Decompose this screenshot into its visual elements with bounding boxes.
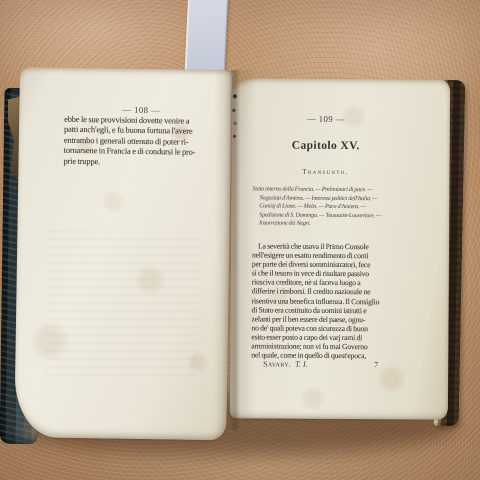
chapter-title: Capitolo XV.	[253, 140, 399, 153]
left-page-108: — 108 — ebbe le sue provvisioni dovette …	[14, 67, 232, 440]
footer-author: Savary.	[263, 360, 291, 368]
text-line: differire i rimborsi. Il credito naziona…	[252, 287, 398, 297]
page-number-right: — 109 —	[253, 114, 399, 124]
photo-open-antique-book: — 108 — ebbe le sue provvisioni dovette …	[0, 0, 480, 480]
page-footer: Savary. T. I. 7	[251, 360, 397, 373]
right-page-body-text: La severità che usava il Primo Consolene…	[251, 241, 398, 360]
section-heading-transunto: Transunto.	[253, 168, 399, 176]
chapter-summary-text: Stato interno della Francia. — Prelimina…	[252, 185, 398, 229]
text-line: Insurrezione dei Negri.	[252, 220, 398, 230]
left-page-body-text: ebbe le sue provvisioni dovette venire a…	[63, 115, 222, 170]
signature-number: 7	[374, 361, 378, 369]
text-line: prie truppe.	[63, 157, 221, 170]
right-page-109: — 109 — Capitolo XV. Transunto. Stato in…	[230, 78, 450, 420]
footer-volume: T. I.	[295, 361, 308, 369]
